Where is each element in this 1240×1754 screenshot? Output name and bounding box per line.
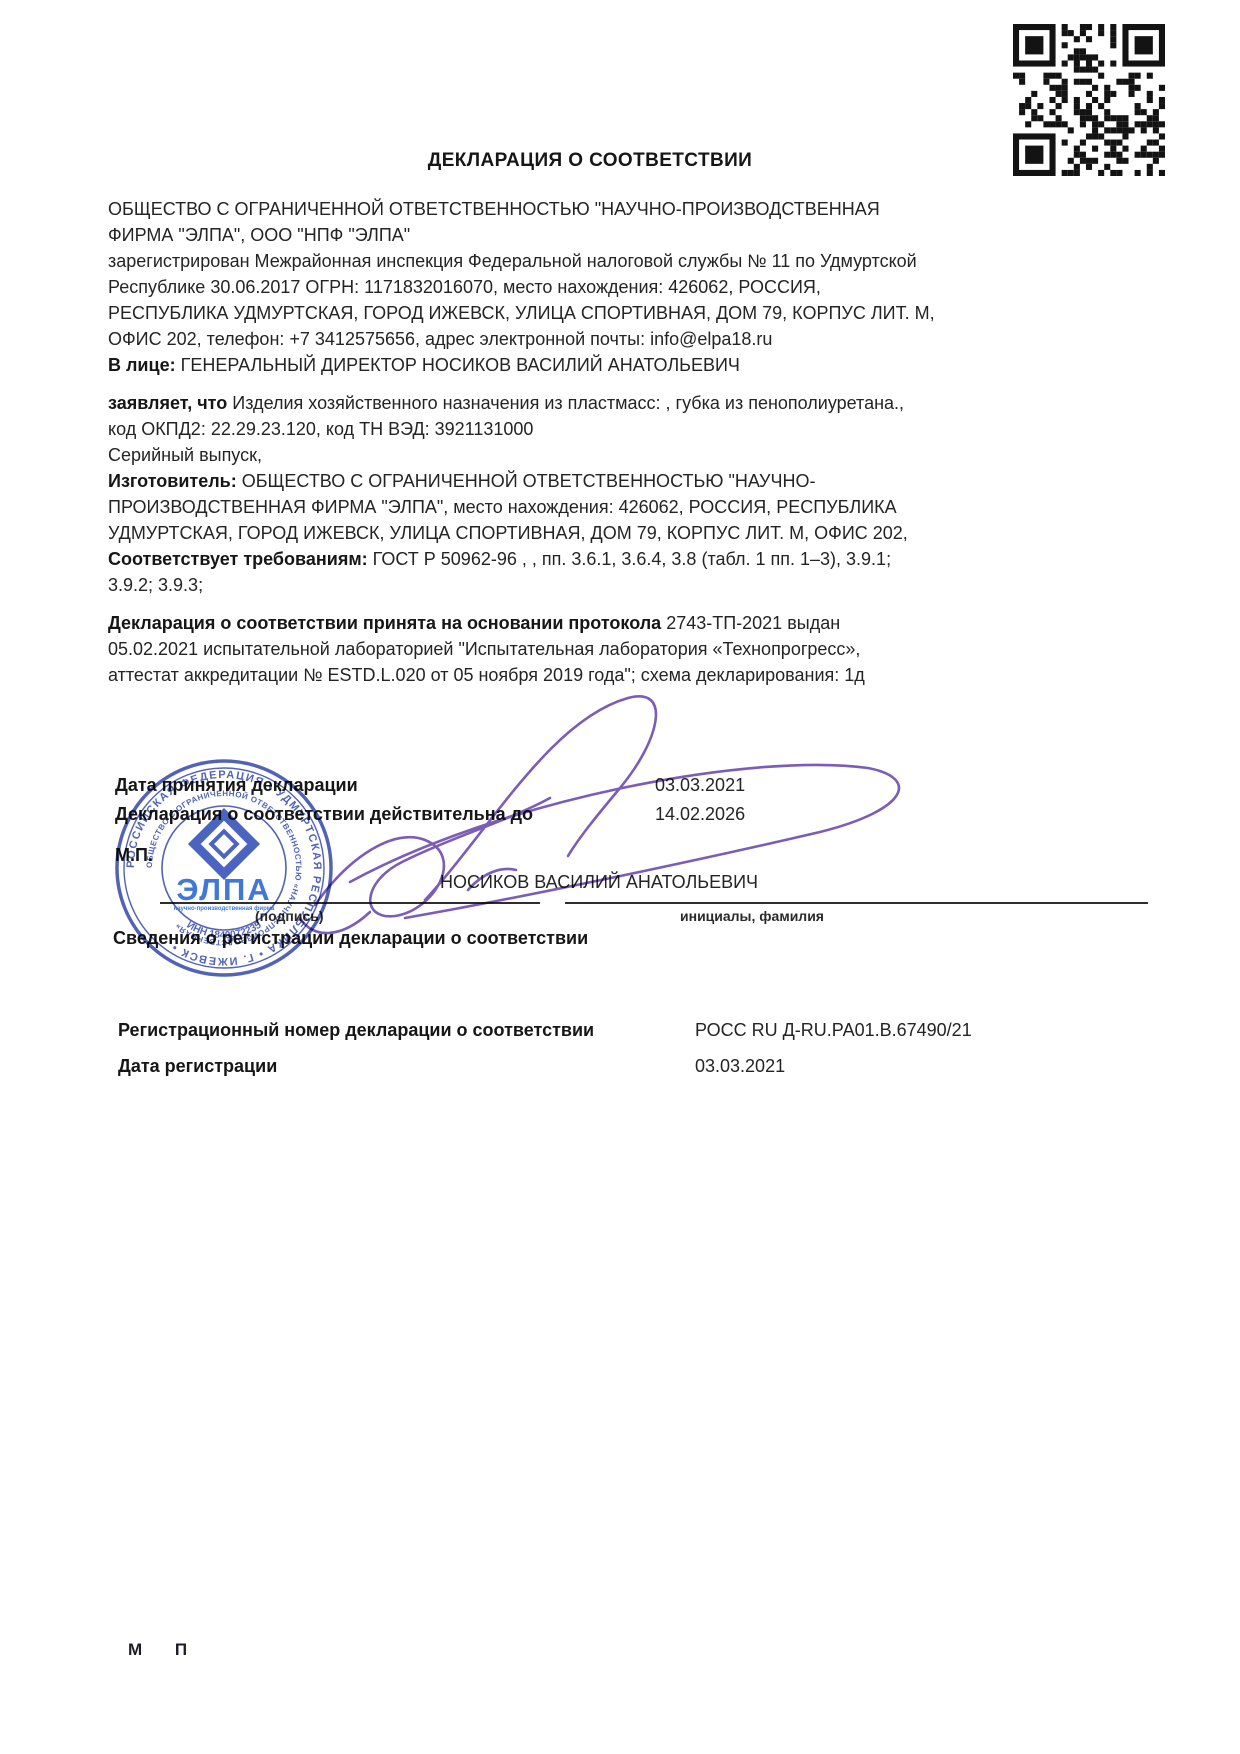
registration-date-value: 03.03.2021 xyxy=(695,1056,785,1077)
text-line: ОФИС 202, телефон: +7 3412575656, адрес … xyxy=(108,326,935,352)
signature-strokes xyxy=(220,660,940,960)
registration-number-value: РОСС RU Д-RU.РА01.В.67490/21 xyxy=(695,1020,972,1041)
text-line: ПРОИЗВОДСТВЕННАЯ ФИРМА "ЭЛПА", место нах… xyxy=(108,494,908,520)
applicant-paragraph: ОБЩЕСТВО С ОГРАНИЧЕННОЙ ОТВЕТСТВЕННОСТЬЮ… xyxy=(108,196,935,378)
text-line: Республике 30.06.2017 ОГРН: 117183201607… xyxy=(108,274,935,300)
text-line: 3.9.2; 3.9.3; xyxy=(108,572,908,598)
text-line: Декларация о соответствии принята на осн… xyxy=(108,610,865,636)
page-title: ДЕКЛАРАЦИЯ О СООТВЕТСТВИИ xyxy=(0,150,1180,172)
registration-date-label: Дата регистрации xyxy=(118,1056,277,1077)
text-line: код ОКПД2: 22.29.23.120, код ТН ВЭД: 392… xyxy=(108,416,908,442)
text-line: зарегистрирован Межрайонная инспекция Фе… xyxy=(108,248,935,274)
text-line: Соответствует требованиям: ГОСТ Р 50962-… xyxy=(108,546,908,572)
text-line: ФИРМА "ЭЛПА", ООО "НПФ "ЭЛПА" xyxy=(108,222,935,248)
footer-stamp-mark: М П xyxy=(128,1640,201,1660)
text-line: 05.02.2021 испытательной лабораторией "И… xyxy=(108,636,865,662)
text-line: заявляет, что Изделия хозяйственного наз… xyxy=(108,390,908,416)
text-line: ОБЩЕСТВО С ОГРАНИЧЕННОЙ ОТВЕТСТВЕННОСТЬЮ… xyxy=(108,196,935,222)
text-line: УДМУРТСКАЯ, ГОРОД ИЖЕВСК, УЛИЦА СПОРТИВН… xyxy=(108,520,908,546)
text-line: В лице: ГЕНЕРАЛЬНЫЙ ДИРЕКТОР НОСИКОВ ВАС… xyxy=(108,352,935,378)
text-line: РЕСПУБЛИКА УДМУРТСКАЯ, ГОРОД ИЖЕВСК, УЛИ… xyxy=(108,300,935,326)
text-line: Изготовитель: ОБЩЕСТВО С ОГРАНИЧЕННОЙ ОТ… xyxy=(108,468,908,494)
declaration-paragraph: заявляет, что Изделия хозяйственного наз… xyxy=(108,390,908,598)
text-line: Серийный выпуск, xyxy=(108,442,908,468)
handwritten-signature xyxy=(220,660,940,960)
declaration-document-page: ДЕКЛАРАЦИЯ О СООТВЕТСТВИИ ОБЩЕСТВО С ОГР… xyxy=(0,0,1240,1754)
registration-number-label: Регистрационный номер декларации о соотв… xyxy=(118,1020,594,1041)
